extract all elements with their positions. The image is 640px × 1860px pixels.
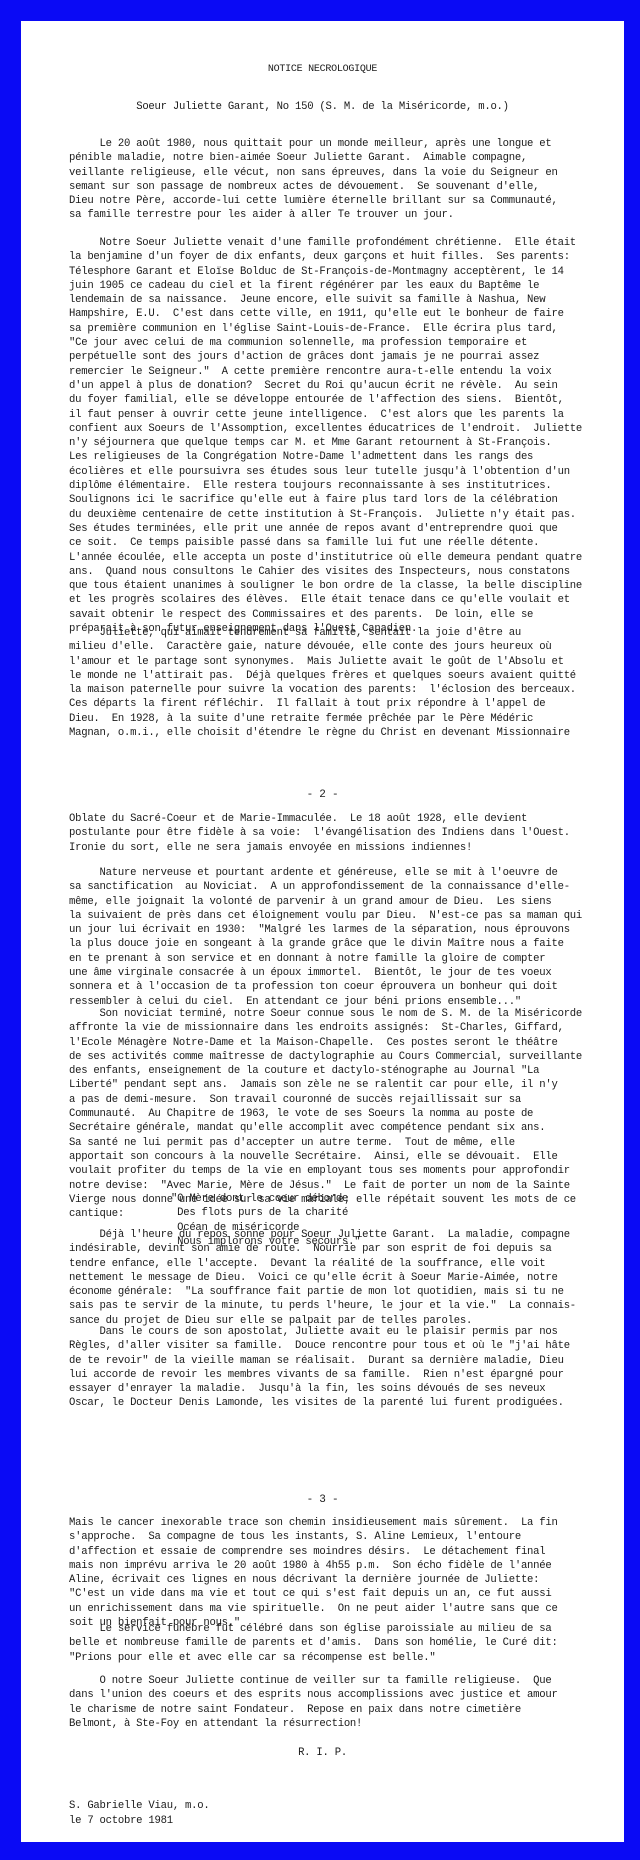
text-line: apportait son concours à la nouvelle Sec… bbox=[69, 1150, 609, 1164]
text-line: un enrichissement dans ma vie spirituell… bbox=[69, 1602, 609, 1616]
paragraph: O notre Soeur Juliette continue de veill… bbox=[69, 1674, 609, 1731]
text-line: et les progrès scolaires des élèves. Ell… bbox=[69, 593, 609, 607]
document-subtitle: Soeur Juliette Garant, No 150 (S. M. de … bbox=[21, 100, 624, 114]
document-title: NOTICE NECROLOGIQUE bbox=[21, 63, 624, 77]
text-line: la maison paternelle pour suivre la voca… bbox=[69, 683, 609, 697]
text-line: Magnan, o.m.i., elle choisit d'étendre l… bbox=[69, 726, 609, 740]
text-line: Secrétaire générale, mandat qu'elle acco… bbox=[69, 1121, 609, 1135]
text-line: Règles, d'aller visiter sa famille. Douc… bbox=[69, 1339, 609, 1353]
text-line: milieu d'elle. Caractère gaie, nature dé… bbox=[69, 640, 609, 654]
text-line: d'affection et essaie de comprendre ses … bbox=[69, 1545, 609, 1559]
text-line: juin 1905 ce cadeau du ciel et la firent… bbox=[69, 279, 609, 293]
text-line: sa première communion en l'église Saint-… bbox=[69, 322, 609, 336]
text-line: Communauté. Au Chapitre de 1963, le vote… bbox=[69, 1107, 609, 1121]
text-line: confient aux Soeurs de l'Assomption, exc… bbox=[69, 422, 609, 436]
text-line: la suivaient de près dans cet éloignemen… bbox=[69, 909, 609, 923]
text-line: ce soit. Ce temps paisible passé dans sa… bbox=[69, 536, 609, 550]
text-line: des enfants, enseignement de la couture … bbox=[69, 1064, 609, 1078]
text-line: Son noviciat terminé, notre Soeur connue… bbox=[69, 1007, 609, 1021]
text-line: sonnera et à l'occasion de ta profession… bbox=[69, 980, 609, 994]
text-line: Oscar, le Docteur Denis Lamonde, les vis… bbox=[69, 1396, 609, 1410]
text-line: notre devise: "Avec Marie, Mère de Jésus… bbox=[69, 1179, 609, 1193]
text-line: Belmont, à Ste-Foy en attendant la résur… bbox=[69, 1717, 609, 1731]
text-line: tendre enfance, elle l'accepte. Devant l… bbox=[69, 1257, 609, 1271]
text-line: veillante religieuse, elle vécut, non sa… bbox=[69, 166, 609, 180]
text-line: Soulignons ici le sacrifice qu'elle eut … bbox=[69, 493, 609, 507]
paragraph: Mais le cancer inexorable trace son chem… bbox=[69, 1516, 609, 1630]
page-number: - 3 - bbox=[21, 1493, 624, 1507]
text-line: essayer d'enrayer la maladie. Jusqu'à la… bbox=[69, 1382, 609, 1396]
text-line: en te prenant à son service et en donnan… bbox=[69, 952, 609, 966]
paragraph: Le service funèbre fut célébré dans son … bbox=[69, 1622, 609, 1665]
text-line: lui accorde de revoir les membres vivant… bbox=[69, 1368, 609, 1382]
text-line: n'y séjournera que quelque temps car M. … bbox=[69, 436, 609, 450]
text-line: L'année écoulée, elle accepta un poste d… bbox=[69, 551, 609, 565]
text-line: une âme virginale consacrée à un époux i… bbox=[69, 966, 609, 980]
text-line: même, elle joignait la volonté de parven… bbox=[69, 895, 609, 909]
text-line: écolières et elle poursuivra ses études … bbox=[69, 465, 609, 479]
text-line: pénible maladie, notre bien-aimée Soeur … bbox=[69, 151, 609, 165]
text-line: l'amour et le partage sont synonymes. Ma… bbox=[69, 655, 609, 669]
text-line: Le service funèbre fut célébré dans son … bbox=[69, 1622, 609, 1636]
paragraph: Son noviciat terminé, notre Soeur connue… bbox=[69, 1007, 609, 1221]
text-line: semant sur son passage de nombreux actes… bbox=[69, 180, 609, 194]
text-line: Ironie du sort, elle ne sera jamais envo… bbox=[69, 841, 609, 855]
text-line: Juliette, qui aimait tendrement sa famil… bbox=[69, 626, 609, 640]
text-line: la plus douce joie en songeant à la gran… bbox=[69, 937, 609, 951]
text-line: sa famille terrestre pour les aider à al… bbox=[69, 208, 609, 222]
paragraph: Déjà l'heure du repos sonne pour Soeur J… bbox=[69, 1228, 609, 1328]
text-line: Notre Soeur Juliette venait d'une famill… bbox=[69, 236, 609, 250]
text-line: du deuxième centenaire de cette institut… bbox=[69, 508, 609, 522]
text-line: perpétuelle sont des jours d'action de g… bbox=[69, 350, 609, 364]
text-line: il faut penser à ouvrir cette jeune inte… bbox=[69, 408, 609, 422]
text-line: Déjà l'heure du repos sonne pour Soeur J… bbox=[69, 1228, 609, 1242]
text-line: "Prions pour elle et avec elle car sa ré… bbox=[69, 1651, 609, 1665]
text-line: a pas de demi-mesure. Son travail couron… bbox=[69, 1093, 609, 1107]
text-line: remercier le Seigneur." A cette première… bbox=[69, 365, 609, 379]
text-line: Oblate du Sacré-Coeur et de Marie-Immacu… bbox=[69, 812, 609, 826]
hymn-line: Des flots purs de la charité bbox=[171, 1206, 360, 1220]
text-line: dans l'union des coeurs et des esprits n… bbox=[69, 1688, 609, 1702]
text-line: Nature nerveuse et pourtant ardente et g… bbox=[69, 866, 609, 880]
text-line: indésirable, devint son amie de route. N… bbox=[69, 1242, 609, 1256]
text-line: Dieu notre Père, accorde-lui cette lumiè… bbox=[69, 194, 609, 208]
text-line: voulait profiter du temps de la vie en e… bbox=[69, 1164, 609, 1178]
page-number: - 2 - bbox=[21, 788, 624, 802]
text-line: Aline, écrivait ces lignes en nous décri… bbox=[69, 1573, 609, 1587]
text-line: affronte la vie de missionnaire dans les… bbox=[69, 1021, 609, 1035]
text-line: sais pas te servir de la minute, tu perd… bbox=[69, 1299, 609, 1313]
text-line: un jour lui écrivait en 1930: "Malgré le… bbox=[69, 923, 609, 937]
document-page: NOTICE NECROLOGIQUE Soeur Juliette Garan… bbox=[21, 21, 624, 1842]
text-line: économe générale: "La souffrance fait pa… bbox=[69, 1285, 609, 1299]
text-line: de ses activités comme maîtresse de dact… bbox=[69, 1050, 609, 1064]
text-line: Mais le cancer inexorable trace son chem… bbox=[69, 1516, 609, 1530]
text-line: nettement le message de Dieu. Voici ce q… bbox=[69, 1271, 609, 1285]
closing-rip: R. I. P. bbox=[21, 1746, 624, 1760]
text-line: Le 20 août 1980, nous quittait pour un m… bbox=[69, 137, 609, 151]
text-line: Ses études terminées, elle prit une anné… bbox=[69, 522, 609, 536]
paragraph: Notre Soeur Juliette venait d'une famill… bbox=[69, 236, 609, 636]
paragraph: Le 20 août 1980, nous quittait pour un m… bbox=[69, 137, 609, 223]
text-line: le charisme de notre saint Fondateur. Re… bbox=[69, 1703, 609, 1717]
paragraph: Juliette, qui aimait tendrement sa famil… bbox=[69, 626, 609, 740]
text-line: du foyer familial, elle se développe ent… bbox=[69, 393, 609, 407]
text-line: Les religieuses de la Congrégation Notre… bbox=[69, 450, 609, 464]
text-line: la benjamine d'un foyer de dix enfants, … bbox=[69, 250, 609, 264]
text-line: savait obtenir le respect des Commissair… bbox=[69, 608, 609, 622]
text-line: Dans le cours de son apostolat, Juliette… bbox=[69, 1325, 609, 1339]
text-line: d'un appel à plus de donation? Secret du… bbox=[69, 379, 609, 393]
text-line: Télesphore Garant et Eloïse Bolduc de St… bbox=[69, 265, 609, 279]
paragraph: Oblate du Sacré-Coeur et de Marie-Immacu… bbox=[69, 812, 609, 855]
text-line: postulante pour être fidèle à sa voie: l… bbox=[69, 826, 609, 840]
paragraph: Dans le cours de son apostolat, Juliette… bbox=[69, 1325, 609, 1411]
text-line: sa sanctification au Noviciat. A un appr… bbox=[69, 880, 609, 894]
text-line: "C'est un vide dans ma vie et tout ce qu… bbox=[69, 1587, 609, 1601]
paragraph: Nature nerveuse et pourtant ardente et g… bbox=[69, 866, 609, 1009]
text-line: O notre Soeur Juliette continue de veill… bbox=[69, 1674, 609, 1688]
text-line: que tous étaient unanimes à souligner le… bbox=[69, 579, 609, 593]
text-line: ans. Quand nous consultons le Cahier des… bbox=[69, 565, 609, 579]
signature-author: S. Gabrielle Viau, m.o. bbox=[69, 1799, 609, 1813]
text-line: diplôme élémentaire. Elle restera toujou… bbox=[69, 479, 609, 493]
text-line: s'approche. Sa compagne de tous les inst… bbox=[69, 1530, 609, 1544]
hymn-line: "O Mère dont le coeur déborde bbox=[171, 1192, 360, 1206]
text-line: "Ce jour avec celui de ma communion sole… bbox=[69, 336, 609, 350]
text-line: mais non imprévu arriva le 20 août 1980 … bbox=[69, 1559, 609, 1573]
text-line: Sa santé ne lui permit pas d'accepter un… bbox=[69, 1136, 609, 1150]
text-line: l'Ecole Ménagère Notre-Dame et la Maison… bbox=[69, 1036, 609, 1050]
text-line: le monde ne l'attirait pas. Déjà quelque… bbox=[69, 669, 609, 683]
text-line: de te revoir" de la vieille maman se réa… bbox=[69, 1354, 609, 1368]
text-line: Hampshire, E.U. C'est dans cette ville, … bbox=[69, 307, 609, 321]
text-line: lendemain de sa naissance. Jeune encore,… bbox=[69, 293, 609, 307]
text-line: belle et nombreuse famille de parents et… bbox=[69, 1636, 609, 1650]
text-line: Dieu. En 1928, à la suite d'une retraite… bbox=[69, 712, 609, 726]
text-line: Ces départs la firent réfléchir. Il fall… bbox=[69, 697, 609, 711]
text-line: Liberté" pendant sept ans. Jamais son zè… bbox=[69, 1078, 609, 1092]
signature-date: le 7 octobre 1981 bbox=[69, 1814, 609, 1828]
